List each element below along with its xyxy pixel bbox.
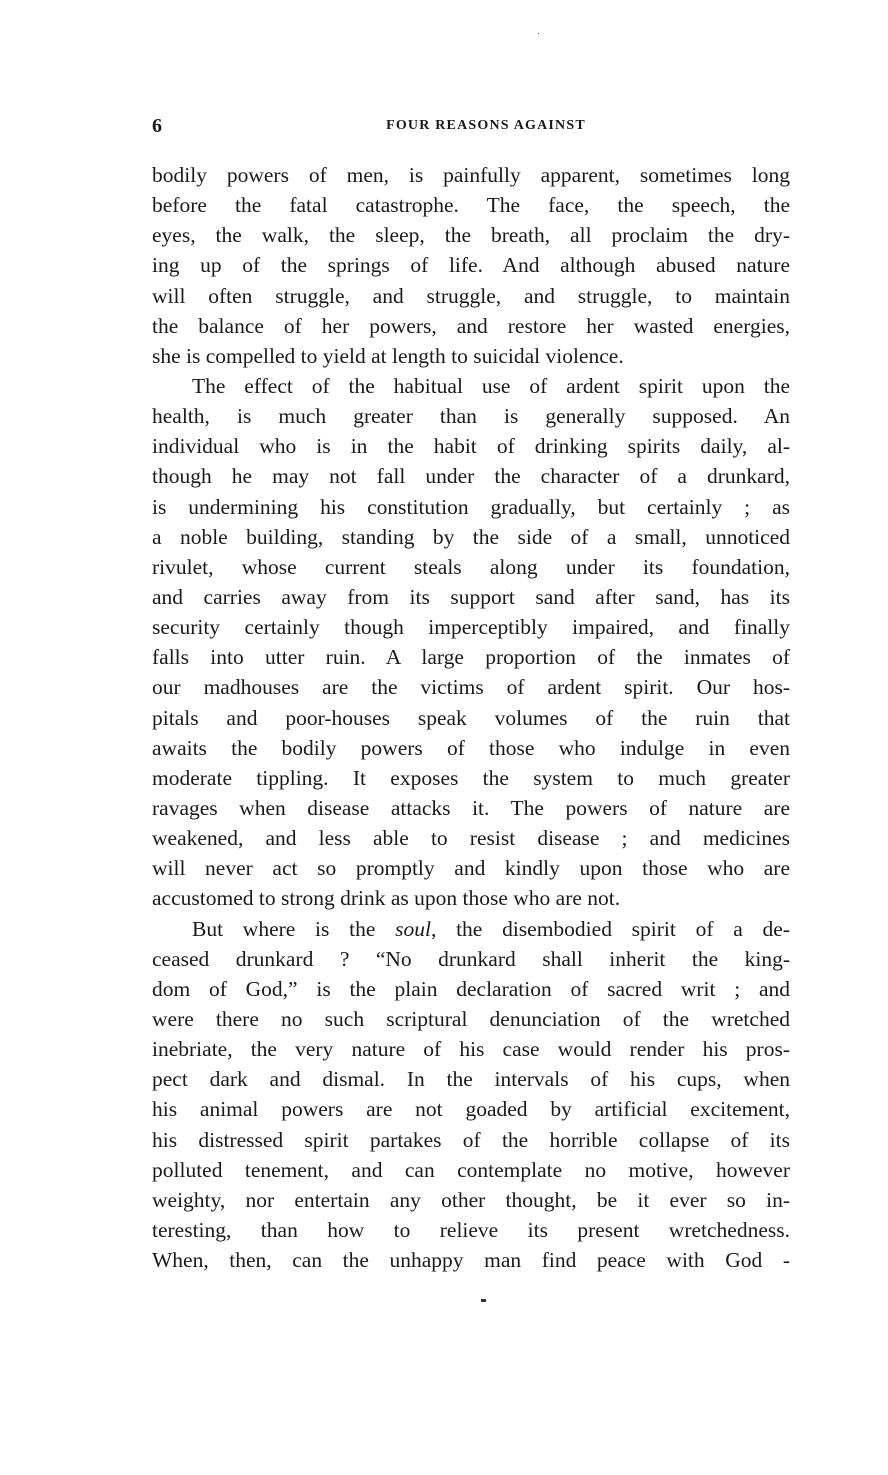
text-line: health, is much greater than is generall… <box>152 401 790 431</box>
text-line: will never act so promptly and kindly up… <box>152 853 790 883</box>
text-line: she is compelled to yield at length to s… <box>152 341 790 371</box>
scan-speck <box>538 33 539 34</box>
text-line: accustomed to strong drink as upon those… <box>152 883 790 913</box>
text-line: The effect of the habitual use of ardent… <box>152 371 790 401</box>
text-line: eyes, the walk, the sleep, the breath, a… <box>152 220 790 250</box>
text-line: ceased drunkard ? “No drunkard shall inh… <box>152 944 790 974</box>
text-line: and carries away from its support sand a… <box>152 582 790 612</box>
text-line: pect dark and dismal. In the intervals o… <box>152 1064 790 1094</box>
text-line: individual who is in the habit of drinki… <box>152 431 790 461</box>
text-line: his animal powers are not goaded by arti… <box>152 1094 790 1124</box>
text-line: though he may not fall under the charact… <box>152 461 790 491</box>
text-line: bodily powers of men, is painfully appar… <box>152 160 790 190</box>
text-line: When, then, can the unhappy man find pea… <box>152 1245 790 1275</box>
text-line: awaits the bodily powers of those who in… <box>152 733 790 763</box>
text-line: weighty, nor entertain any other thought… <box>152 1185 790 1215</box>
text-run: But where is the <box>192 917 395 941</box>
text-line: the balance of her powers, and restore h… <box>152 311 790 341</box>
text-line: were there no such scriptural denunciati… <box>152 1004 790 1034</box>
text-line: ing up of the springs of life. And altho… <box>152 250 790 280</box>
text-line: teresting, than how to relieve its prese… <box>152 1215 790 1245</box>
text-line: a noble building, standing by the side o… <box>152 522 790 552</box>
text-line: polluted tenement, and can contemplate n… <box>152 1155 790 1185</box>
body-text: bodily powers of men, is painfully appar… <box>152 160 790 1275</box>
text-line: rivulet, whose current steals along unde… <box>152 552 790 582</box>
text-line: his distressed spirit partakes of the ho… <box>152 1125 790 1155</box>
signature-mark <box>481 1299 486 1302</box>
text-line: inebriate, the very nature of his case w… <box>152 1034 790 1064</box>
text-line: pitals and poor-houses speak volumes of … <box>152 703 790 733</box>
text-run: , the disembodied spirit of a de- <box>431 917 790 941</box>
text-line: ravages when disease attacks it. The pow… <box>152 793 790 823</box>
text-line: is undermining his constitution graduall… <box>152 492 790 522</box>
text-line: security certainly though imperceptibly … <box>152 612 790 642</box>
text-line: moderate tippling. It exposes the system… <box>152 763 790 793</box>
running-title: FOUR REASONS AGAINST <box>152 116 792 136</box>
text-line: before the fatal catastrophe. The face, … <box>152 190 790 220</box>
text-line: will often struggle, and struggle, and s… <box>152 281 790 311</box>
text-line: weakened, and less able to resist diseas… <box>152 823 790 853</box>
text-line: dom of God,” is the plain declaration of… <box>152 974 790 1004</box>
text-line: our madhouses are the victims of ardent … <box>152 672 790 702</box>
emphasis-soul: soul <box>395 917 431 941</box>
running-head: 6 FOUR REASONS AGAINST <box>152 114 792 138</box>
text-line: But where is the soul, the disembodied s… <box>152 914 790 944</box>
text-line: falls into utter ruin. A large proportio… <box>152 642 790 672</box>
